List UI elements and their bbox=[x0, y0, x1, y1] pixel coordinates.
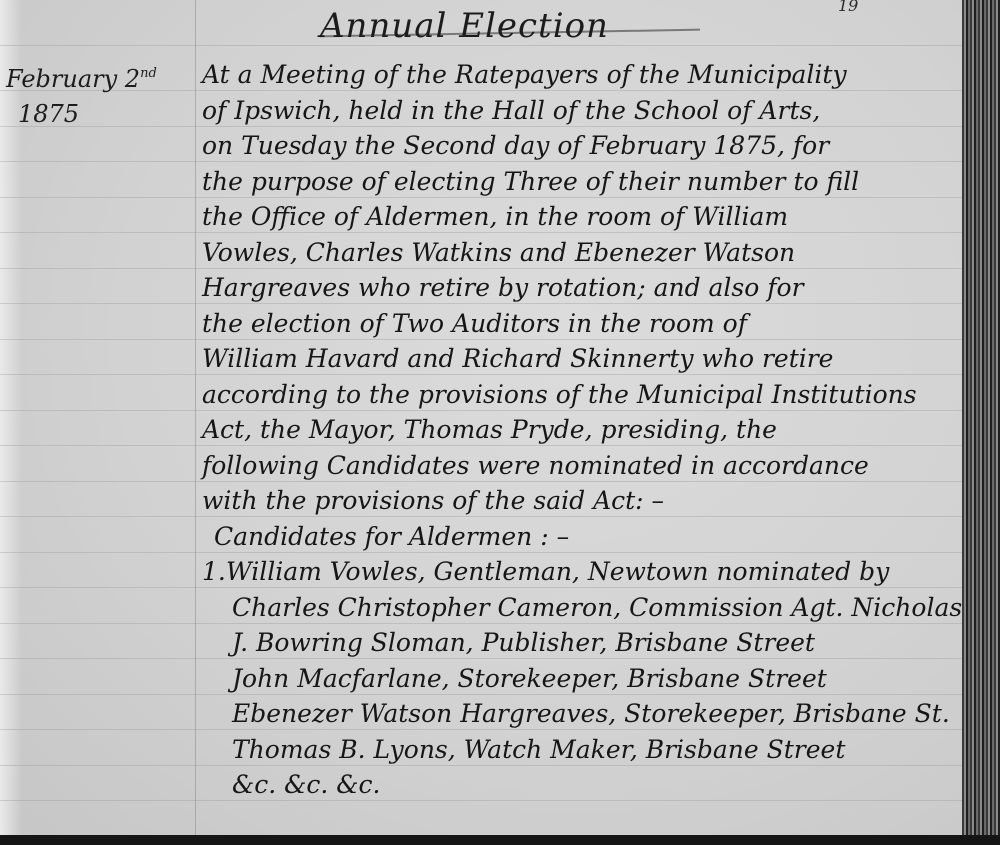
paragraph-line: the purpose of electing Three of their n… bbox=[202, 164, 962, 200]
page-number: 19 bbox=[838, 0, 858, 15]
minutes-body: At a Meeting of the Ratepayers of the Mu… bbox=[202, 57, 962, 803]
paragraph-line: the Office of Aldermen, in the room of W… bbox=[202, 199, 962, 235]
paragraph-line: following Candidates were nominated in a… bbox=[202, 448, 962, 484]
nominator: John Macfarlane, Storekeeper, Brisbane S… bbox=[202, 661, 962, 697]
book-page-edges bbox=[962, 0, 1000, 845]
nominator: Charles Christopher Cameron, Commission … bbox=[202, 590, 962, 626]
candidate-entry: 1.William Vowles, Gentleman, Newtown nom… bbox=[202, 554, 962, 590]
paragraph-line: on Tuesday the Second day of February 18… bbox=[202, 128, 962, 164]
date-month-day: February 2nd bbox=[6, 56, 191, 97]
book-bottom-edge bbox=[0, 835, 1000, 845]
candidate-nominee: William Vowles, Gentleman, Newtown nomin… bbox=[226, 557, 889, 586]
date-margin-note: February 2nd 1875 bbox=[6, 56, 191, 132]
date-year: 1875 bbox=[6, 97, 191, 132]
paragraph-line: William Havard and Richard Skinnerty who… bbox=[202, 341, 962, 377]
ledger-page: 19 Annual Election February 2nd 1875 At … bbox=[0, 0, 962, 835]
paragraph-line: At a Meeting of the Ratepayers of the Mu… bbox=[202, 57, 962, 93]
nominator: Ebenezer Watson Hargreaves, Storekeeper,… bbox=[202, 696, 962, 732]
margin-line bbox=[195, 0, 196, 835]
paragraph-line: Act, the Mayor, Thomas Pryde, presiding,… bbox=[202, 412, 962, 448]
paragraph-line: Hargreaves who retire by rotation; and a… bbox=[202, 270, 962, 306]
page-title: Annual Election bbox=[320, 6, 609, 46]
paragraph-line: according to the provisions of the Munic… bbox=[202, 377, 962, 413]
nominator-etc: &c. &c. &c. bbox=[202, 767, 962, 803]
ordinal-suffix: nd bbox=[140, 66, 157, 81]
paragraph-line: Vowles, Charles Watkins and Ebenezer Wat… bbox=[202, 235, 962, 271]
paragraph-line: with the provisions of the said Act: – bbox=[202, 483, 962, 519]
section-heading: Candidates for Aldermen : – bbox=[202, 519, 962, 555]
paragraph-line: of Ipswich, held in the Hall of the Scho… bbox=[202, 93, 962, 129]
paragraph-line: the election of Two Auditors in the room… bbox=[202, 306, 962, 342]
nominator: J. Bowring Sloman, Publisher, Brisbane S… bbox=[202, 625, 962, 661]
candidate-number: 1. bbox=[202, 554, 226, 590]
nominator: Thomas B. Lyons, Watch Maker, Brisbane S… bbox=[202, 732, 962, 768]
